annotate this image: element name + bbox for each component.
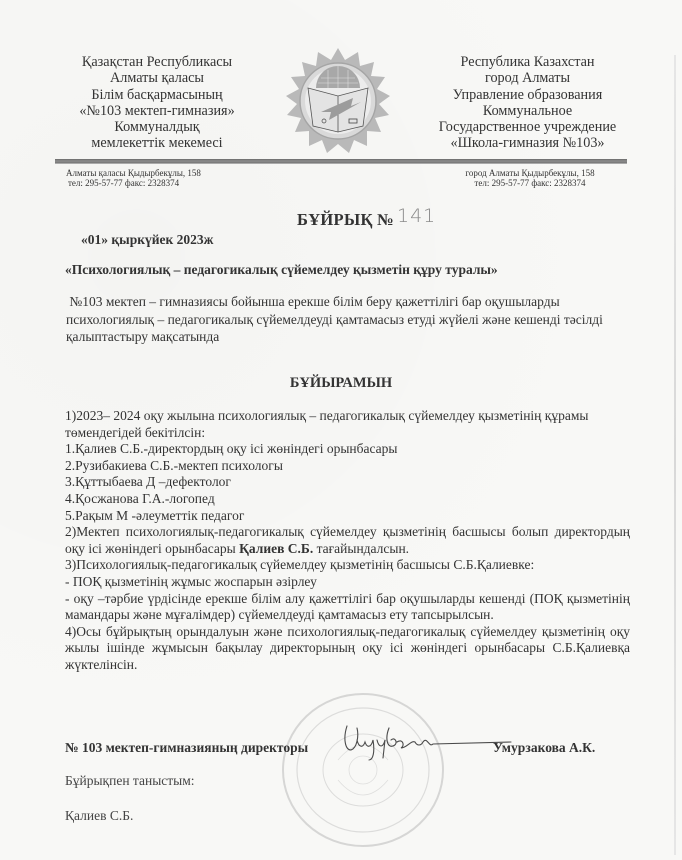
order-title: БҰЙРЫҚ № xyxy=(297,210,394,230)
header-divider xyxy=(55,159,627,164)
header-right-line: город Алматы xyxy=(415,70,640,86)
member-item: 5.Рақым М -әлеуметтік педагог xyxy=(65,508,630,525)
order-subject: «Психологиялық – педагогикалық сүйемелде… xyxy=(65,262,498,278)
member-item: 2.Рузибакиева С.Б.-мектеп психологы xyxy=(65,458,630,475)
acknowledgement-name: Қалиев С.Б. xyxy=(65,808,133,824)
order-preamble: №103 мектеп – гимназиясы бойынша ерекше … xyxy=(66,293,626,346)
address-right-line1: город Алматы Қыдырбекұлы, 158 xyxy=(445,168,615,178)
official-stamp-icon xyxy=(278,690,448,850)
signatory-role: № 103 мектеп-гимназияның директоры xyxy=(65,740,308,756)
header-left-line: Қазақстан Республикасы xyxy=(52,54,262,70)
order-heading: БҰЙЫРАМЫН xyxy=(0,375,682,392)
header-left-line: Білім басқармасының xyxy=(52,87,262,103)
header-right-line: «Школа-гимназия №103» xyxy=(415,135,640,151)
item1-intro: 1)2023– 2024 оқу жылына психологиялық – … xyxy=(65,408,630,441)
order-date: «01» қыркүйек 2023ж xyxy=(81,232,213,248)
acknowledgement-label: Бұйрықпен таныстым: xyxy=(65,773,195,789)
member-item: 3.Құттыбаева Д –дефектолог xyxy=(65,474,630,491)
header-right-line: Республика Казахстан xyxy=(415,54,640,70)
scan-edge xyxy=(674,55,676,855)
header-right-line: Управление образования xyxy=(415,87,640,103)
signatory-name: Умурзакова А.К. xyxy=(493,740,595,756)
signature-row: № 103 мектеп-гимназияның директоры Умурз… xyxy=(65,740,625,762)
address-right-line2: тел: 295-57-77 факс: 2328374 xyxy=(445,178,615,188)
address-left-line1: Алматы қаласы Қыдырбекұлы, 158 xyxy=(66,168,201,178)
header-right-line: Коммунальное xyxy=(415,103,640,119)
header-left-line: Коммуналдық xyxy=(52,119,262,135)
member-item: 1.Қалиев С.Б.-директордың оқу ісі жөнінд… xyxy=(65,441,630,458)
document-page: Қазақстан Республикасы Алматы қаласы Біл… xyxy=(0,0,682,860)
address-left-line2: тел: 295-57-77 факс: 2328374 xyxy=(66,178,201,188)
item3-task: - оқу –тәрбие үрдісінде ерекше білім алу… xyxy=(65,591,630,624)
header-left-line: Алматы қаласы xyxy=(52,70,262,86)
preamble-text: №103 мектеп – гимназиясы бойынша ерекше … xyxy=(66,294,603,344)
item4: 4)Осы бұйрықтың орындалуын және психолог… xyxy=(65,624,630,674)
member-item: 4.Қосжанова Г.А.-логопед xyxy=(65,491,630,508)
order-body: 1)2023– 2024 оқу жылына психологиялық – … xyxy=(65,408,630,674)
header-right-line: Государственное учреждение xyxy=(415,119,640,135)
item3-task: - ПОҚ қызметінің жұмыс жоспарын әзірлеу xyxy=(65,574,630,591)
item2-bold-name: Қалиев С.Б. xyxy=(239,541,313,556)
header-left-line: «№103 мектеп-гимназия» xyxy=(52,103,262,119)
header-right-russian: Республика Казахстан город Алматы Управл… xyxy=(415,54,640,152)
address-left: Алматы қаласы Қыдырбекұлы, 158 тел: 295-… xyxy=(66,168,201,188)
item3-intro: 3)Психологиялық-педагогикалық сүйемелдеу… xyxy=(65,557,630,574)
address-right: город Алматы Қыдырбекұлы, 158 тел: 295-5… xyxy=(445,168,615,188)
header-left-kazakh: Қазақстан Республикасы Алматы қаласы Біл… xyxy=(52,54,262,152)
handwritten-signature-icon xyxy=(333,718,513,763)
item2-text-end: тағайындалсын. xyxy=(313,541,409,556)
school-emblem-icon xyxy=(283,46,393,156)
item2: 2)Мектеп психологиялық-педагогикалық сүй… xyxy=(65,524,630,557)
order-number-handwritten: 141 xyxy=(397,205,436,227)
header-left-line: мемлекеттік мекемесі xyxy=(52,135,262,151)
